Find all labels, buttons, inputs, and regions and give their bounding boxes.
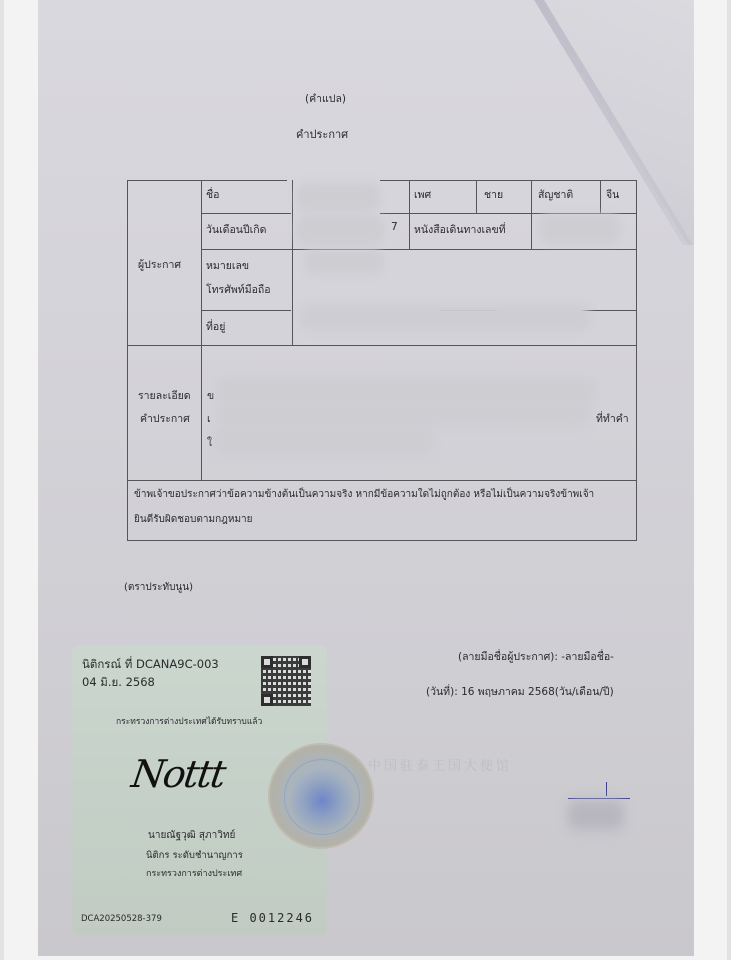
sticker-serial: E 0012246 <box>231 911 314 925</box>
frame-right <box>727 0 731 960</box>
details-line1-prefix: ข <box>207 387 214 404</box>
declarant-label: ผู้ประกาศ <box>138 256 181 273</box>
frame-left <box>0 0 4 960</box>
redacted-details-2 <box>218 402 590 426</box>
sticker-date: 04 มิ.ย. 2568 <box>82 674 155 692</box>
declaration-date-line: (วันที่): 16 พฤษภาคม 2568(วัน/เดือน/ปี) <box>426 683 614 700</box>
redacted-phone <box>304 250 384 274</box>
document-title: คำประกาศ <box>296 125 348 143</box>
name-label: ชื่อ <box>206 186 219 203</box>
embossed-seal-note: (ตราประทับนูน) <box>124 580 193 595</box>
phone-label-line1: หมายเลข <box>206 257 249 274</box>
nationality-value: จีน <box>606 186 619 203</box>
redacted-details-3 <box>214 426 434 456</box>
redacted-address <box>300 305 590 331</box>
redacted-name <box>296 183 380 211</box>
officer-name: นายณัฐวุฒิ สุภาวิทย์ <box>148 828 235 843</box>
nationality-label: สัญชาติ <box>538 186 573 203</box>
qr-code-icon <box>261 656 311 706</box>
ministry-name: กระทรวงการต่างประเทศ <box>146 866 242 880</box>
officer-title: นิติกร ระดับชำนาญการ <box>146 848 243 863</box>
sex-value: ชาย <box>484 186 503 203</box>
passport-label: หนังสือเดินทางเลขที่ <box>414 221 506 238</box>
attestation-line2: ยินดีรับผิดชอบตามกฎหมาย <box>134 512 253 527</box>
dob-label: วันเดือนปีเกิด <box>206 221 266 238</box>
details-line2-prefix: เ <box>207 410 211 427</box>
details-line3-prefix: ใ <box>207 434 212 451</box>
address-label: ที่อยู่ <box>206 318 225 335</box>
translation-label: (คำแปล) <box>305 90 346 107</box>
attestation-line1: ข้าพเจ้าขอประกาศว่าข้อความข้างต้นเป็นควา… <box>134 487 594 502</box>
small-signature <box>568 790 630 799</box>
redacted-dob <box>296 215 384 245</box>
embassy-watermark: 中国驻泰王国大使馆 <box>368 755 512 774</box>
officer-signature: Nottt <box>129 752 227 796</box>
dob-value: 7 <box>391 221 398 233</box>
sex-label: เพศ <box>414 186 431 203</box>
phone-label-line2: โทรศัพท์มือถือ <box>206 281 271 298</box>
details-label-line2: คำประกาศ <box>140 410 190 427</box>
redacted-details-1 <box>216 378 596 402</box>
sticker-reference: นิติกรณ์ ที่ DCANA9C-003 <box>82 656 219 674</box>
redacted-passport <box>540 214 620 244</box>
sticker-acknowledgement: กระทรวงการต่างประเทศได้รับทราบแล้ว <box>116 714 262 728</box>
details-label-line1: รายละเอียด <box>138 387 191 404</box>
declarant-signature-line: (ลายมือชื่อผู้ประกาศ): -ลายมือชื่อ- <box>458 648 614 665</box>
redacted-stamp <box>568 800 624 830</box>
hologram-seal-icon <box>268 743 374 849</box>
details-line2-suffix: ที่ทำคำ <box>596 410 629 427</box>
document-code: DCA20250528-379 <box>81 914 162 924</box>
